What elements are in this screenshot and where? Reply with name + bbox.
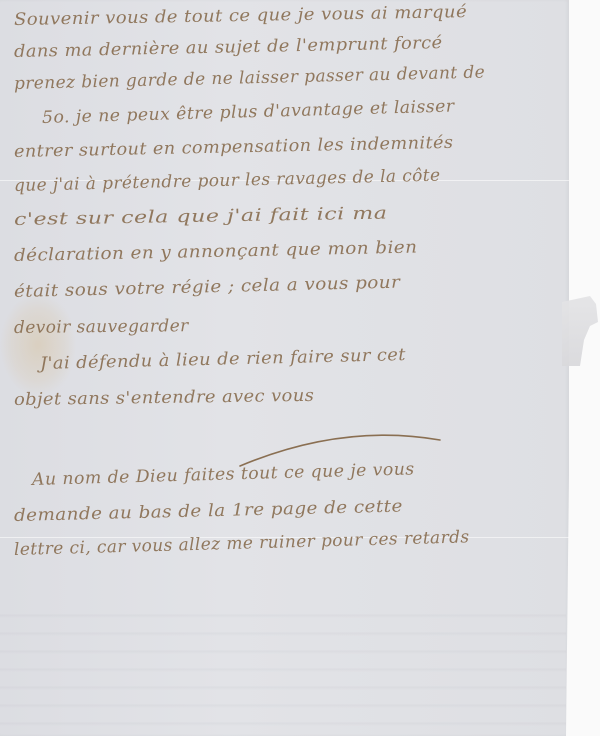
bleed-through-text — [0, 600, 566, 736]
photo-stage: Souvenir vous de tout ce que je vous ai … — [0, 0, 600, 736]
pen-flourish — [210, 420, 450, 470]
torn-paper-flap — [562, 296, 598, 366]
text-line: devoir sauvegarder — [14, 316, 189, 338]
text-line: objet sans s'entendre avec vous — [14, 386, 315, 410]
